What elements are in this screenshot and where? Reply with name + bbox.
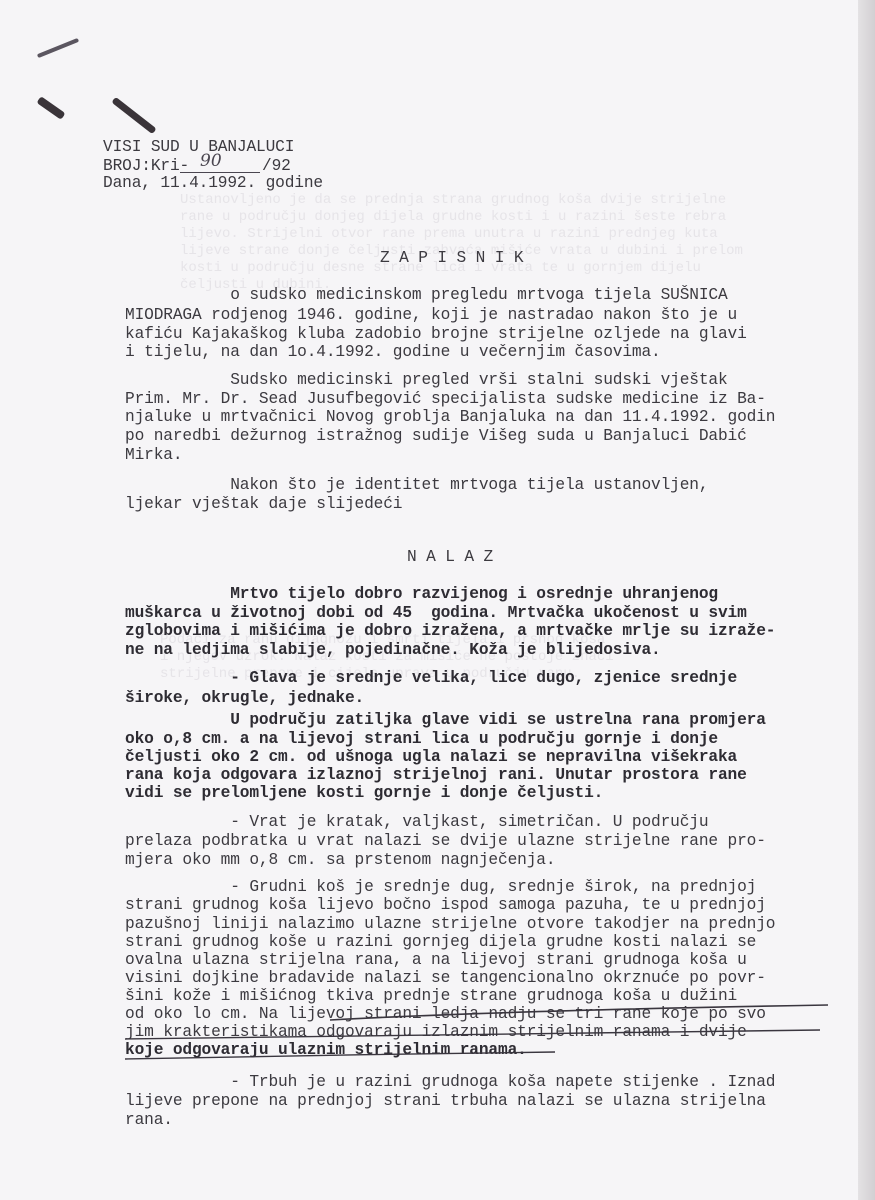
document-page: Ustanovljeno je da se prednja strana gru…	[0, 0, 859, 1200]
handwritten-underlines	[0, 0, 858, 1200]
page-edge	[858, 0, 875, 1200]
